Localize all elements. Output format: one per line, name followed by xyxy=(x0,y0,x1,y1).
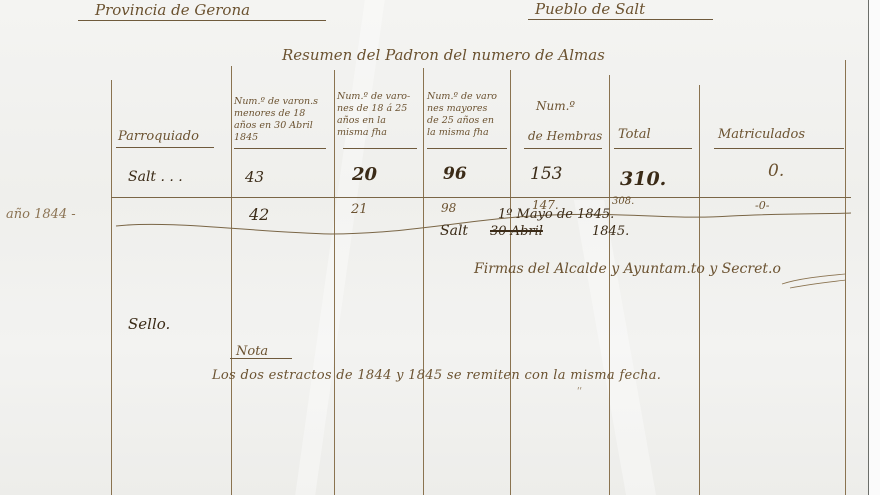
province-label: Provincia de Gerona xyxy=(95,3,250,18)
ink-mark: ꞌꞌ xyxy=(577,388,582,397)
header-underline xyxy=(343,148,417,149)
col-header-parroquia: Parroquiado xyxy=(118,130,199,143)
column-rule xyxy=(699,85,700,495)
scan-margin xyxy=(868,0,880,495)
col-header-total: Total xyxy=(618,128,651,141)
province-underline xyxy=(78,20,326,21)
header-underline xyxy=(524,148,602,149)
cell-hembras: 153 xyxy=(530,166,562,183)
header-underline xyxy=(116,147,214,148)
cell-mayores: 96 xyxy=(443,166,467,183)
header-underline xyxy=(614,148,692,149)
document-page: Provincia de Gerona Pueblo de Salt Resum… xyxy=(0,0,868,495)
header-underline xyxy=(234,148,326,149)
cell-parroquia: Salt . . . xyxy=(128,170,183,184)
cell-matriculados: 0. xyxy=(768,163,784,180)
col-header-menores: Num.º de varon.s menores de 18 años en 3… xyxy=(234,96,334,144)
cell-total: 310. xyxy=(620,170,666,189)
note-text: Los dos estractos de 1844 y 1845 se remi… xyxy=(212,369,661,382)
town-underline xyxy=(528,19,713,20)
row-rule xyxy=(111,197,851,198)
cell-total: 308. xyxy=(612,197,634,207)
seal-label: Sello. xyxy=(128,317,170,332)
closing-wave-line xyxy=(111,210,851,240)
cell-menores: 43 xyxy=(245,170,264,185)
cell-de18a25: 20 xyxy=(352,166,377,184)
paper-fold xyxy=(574,200,656,495)
header-underline xyxy=(714,148,844,149)
col-header-mayores: Num.º de varo nes mayores de 25 años en … xyxy=(427,91,511,139)
note-heading: Nota xyxy=(236,345,268,358)
column-rule xyxy=(231,66,232,495)
column-rule xyxy=(111,80,112,495)
document-title: Resumen del Padron del numero de Almas xyxy=(282,48,605,63)
place-name: Salt xyxy=(440,224,468,238)
town-label: Pueblo de Salt xyxy=(535,2,645,17)
col-header-hembras: de Hembras xyxy=(528,130,602,142)
column-rule xyxy=(609,75,610,495)
signatures-label: Firmas del Alcalde y Ayuntam.to y Secret… xyxy=(474,262,781,276)
paper-fold xyxy=(295,0,385,495)
column-rule xyxy=(334,70,335,495)
signature-flourish xyxy=(780,272,850,292)
date-struck: 30 Abril xyxy=(490,225,543,238)
col-header-de18a25: Num.º de varo- nes de 18 á 25 años en la… xyxy=(337,91,425,139)
date-year: 1845. xyxy=(592,225,629,238)
header-underline xyxy=(427,148,507,149)
row-label-year: año 1844 - xyxy=(6,208,76,221)
note-underline xyxy=(230,358,292,359)
col-header-hembras-num: Num.º xyxy=(536,100,575,112)
col-header-matriculados: Matriculados xyxy=(718,128,805,141)
date-line-corrected: 1º Mayo de 1845. xyxy=(498,208,614,221)
